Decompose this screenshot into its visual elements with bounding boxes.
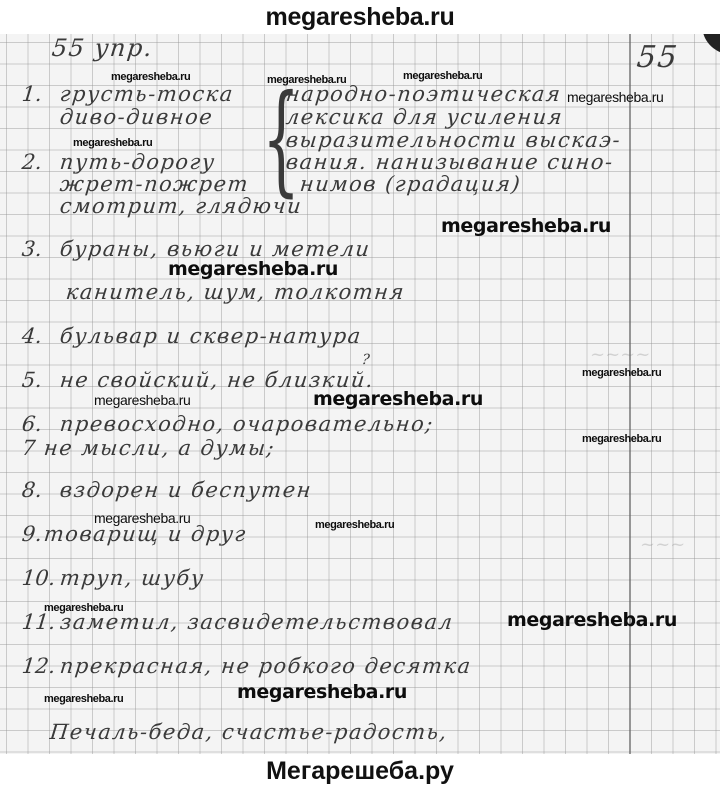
entry-10: 10.труп, шубу [21,566,206,590]
watermark: megaresheba.ru [582,433,661,445]
entry-text: путь-дорогу [59,150,217,174]
entry-number: 7 [21,436,46,460]
watermark: megaresheba.ru [403,70,482,82]
watermark: megaresheba.ru [44,602,123,614]
watermark: megaresheba.ru [73,137,152,149]
entry-text: грусть-тоска [59,82,235,106]
entry-text: превосходно, очаровательно; [59,412,435,436]
entry-text: вздорен и беспутен [59,478,314,502]
entry-number: 10. [21,566,62,590]
watermark: megaresheba.ru [315,519,394,531]
entry-3-line-2: канитель, шум, толкотня [65,280,407,304]
entry-1-line-2: диво-дивное [59,105,215,129]
entry-text: бульвар и сквер-натура [59,324,363,348]
page-number: 55 [635,40,680,75]
watermark: megaresheba.ru [168,258,338,280]
entry-final: Печаль-беда, счастье-радость, [49,720,449,744]
entry-1: 1.грусть-тоска [21,82,235,106]
entry-text: не мысли, а думы; [43,436,277,460]
watermark: megaresheba.ru [111,71,190,83]
note-line-2: лексика для усиления [285,105,565,129]
page-curl [698,34,720,54]
entry-number: 6. [21,412,62,436]
entry-2-line-3: смотрит, глядючи [59,194,304,218]
note-line-5: нимов (градация) [299,172,523,196]
entry-6: 6.превосходно, очаровательно; [21,412,435,436]
entry-number: 8. [21,478,62,502]
entry-number: 12. [21,654,62,678]
entry-2: 2.путь-дорогу [21,150,217,174]
watermark: megaresheba.ru [94,392,190,408]
entry-12: 12.прекрасная, не робкого десятка [21,654,473,678]
watermark: megaresheba.ru [94,510,190,526]
site-footer-title: Мегарешеба.ру [266,757,454,785]
note-line-3: выразительности выскаэ- [285,128,623,152]
bleed-through-text: ~~~ [640,534,685,555]
entry-number: 2. [21,150,62,174]
site-header-title: megaresheba.ru [266,3,455,31]
entry-number: 9. [21,522,46,546]
bleed-through-text: ~~~~ [590,344,650,365]
watermark: megaresheba.ru [237,681,407,703]
watermark: megaresheba.ru [44,693,123,705]
entry-text: труп, шубу [59,566,206,590]
note-line-4: вания. нанизывание сино- [285,150,615,174]
exercise-title: 55 упр. [51,34,155,62]
watermark: megaresheba.ru [441,215,611,237]
entry-text: прекрасная, не робкого десятка [59,654,473,678]
watermark: megaresheba.ru [567,89,663,105]
watermark: megaresheba.ru [582,367,661,379]
entry-4: 4.бульвар и сквер-натура [21,324,363,348]
entry-7: 7не мысли, а думы; [21,436,277,460]
site-footer: Мегарешеба.ру [0,754,720,789]
watermark: megaresheba.ru [267,74,346,86]
entry-number: 5. [21,368,62,392]
site-header: megaresheba.ru [0,0,720,34]
entry-number: 4. [21,324,62,348]
entry-8: 8.вздорен и беспутен [21,478,314,502]
entry-number: 1. [21,82,62,106]
question-mark: ? [361,352,372,368]
notebook-page: ~~~~ ~~~ 55 упр. 55 1.грусть-тоска диво-… [0,34,720,754]
watermark: megaresheba.ru [313,388,483,410]
entry-2-line-2: жрет-пожрет [59,172,251,196]
entry-number: 3. [21,237,62,261]
watermark: megaresheba.ru [507,609,677,631]
margin-line [629,34,631,754]
